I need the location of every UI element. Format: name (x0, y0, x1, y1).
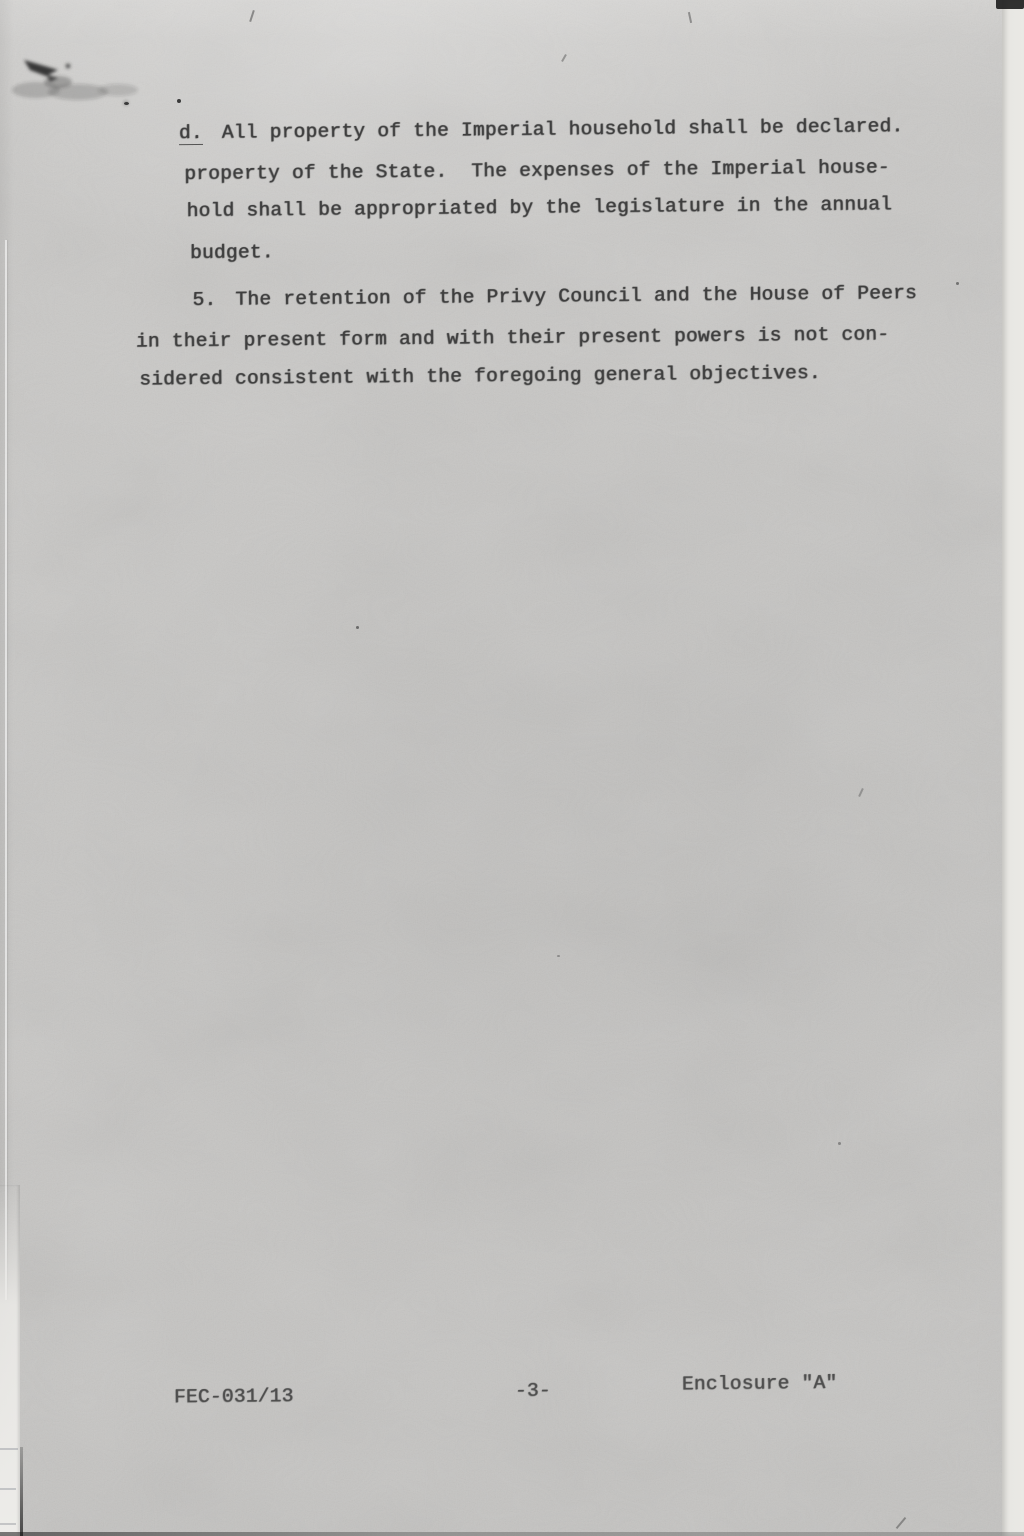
backing-ruled-line (0, 1523, 16, 1525)
footer-document-reference: FEC-031/13 (174, 1385, 294, 1410)
typewritten-text-block: d.All property of the Imperial household… (0, 0, 1024, 1536)
right-page-backing-edge (1002, 0, 1024, 1536)
paragraph-5-line-2: in their present form and with their pre… (136, 323, 890, 354)
bottom-scan-edge-shadow (0, 1532, 1024, 1536)
paragraph-5-label: 5. (192, 289, 216, 311)
paragraph-d-line-2: property of the State. The expenses of t… (184, 156, 890, 186)
footer-page-number: -3- (515, 1380, 551, 1404)
bottom-left-backing-strip (0, 1185, 20, 1536)
scanned-document-page: d.All property of the Imperial household… (0, 0, 1024, 1536)
paragraph-5-line-1: 5.The retention of the Privy Council and… (192, 282, 917, 312)
paragraph-d-line-1-text: All property of the Imperial household s… (222, 115, 904, 144)
backing-ruled-line (0, 1448, 18, 1450)
paragraph-d-line-4: budget. (190, 241, 274, 265)
backing-ruled-line (0, 1488, 16, 1490)
paragraph-5-line-3: sidered consistent with the foregoing ge… (139, 362, 821, 392)
paragraph-d-line-1: d.All property of the Imperial household… (179, 115, 904, 145)
paragraph-d-line-3: hold shall be appropriated by the legisl… (187, 193, 893, 223)
left-crease-line (5, 240, 7, 1300)
left-edge-dark-line (20, 1447, 23, 1536)
paragraph-d-label: d. (179, 122, 203, 145)
top-right-corner-mark (996, 0, 1024, 9)
paragraph-5-line-1-text: The retention of the Privy Council and t… (235, 282, 917, 311)
footer-enclosure-label: Enclosure "A" (682, 1372, 838, 1397)
